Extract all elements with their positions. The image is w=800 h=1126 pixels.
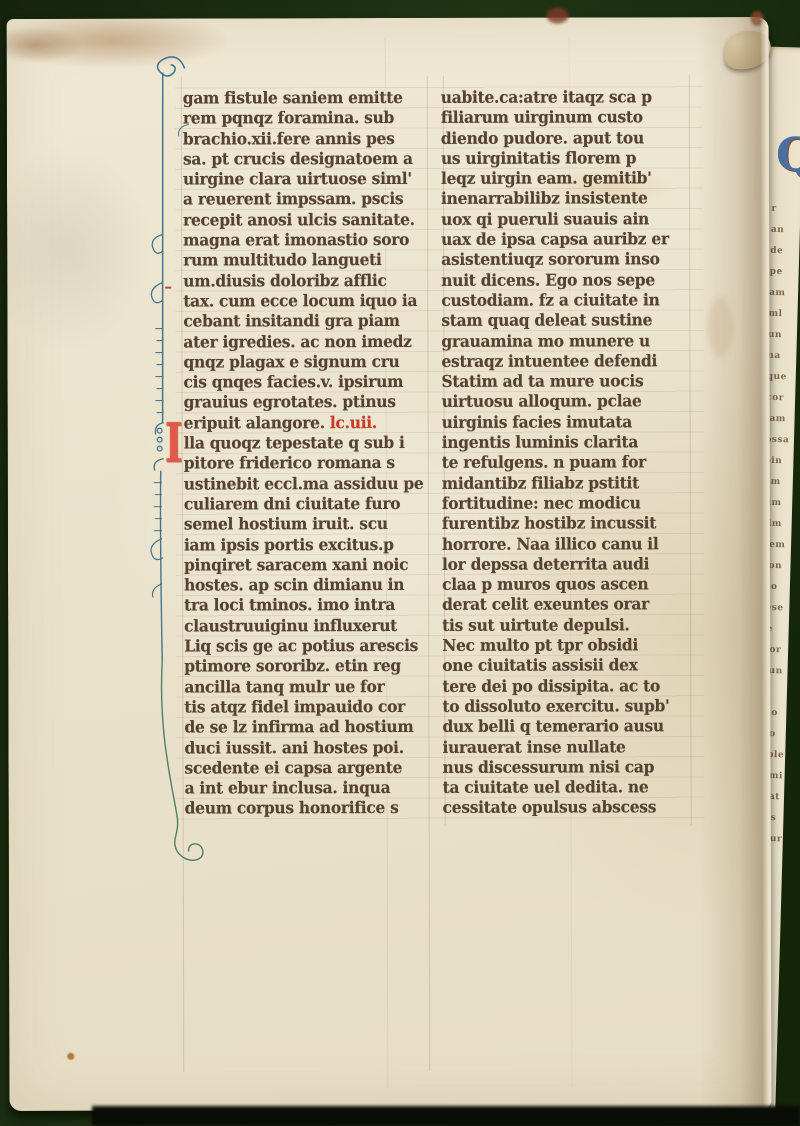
text-line: Liq scis ge ac potius arescis <box>184 636 424 657</box>
stain <box>547 8 569 24</box>
text-line: iam ipsis portis excitus.p <box>184 534 424 555</box>
page-corner-curl <box>725 31 771 69</box>
rubric-label: lc.uii. <box>330 413 377 432</box>
text-line: ta ciuitate uel dedita. ne <box>443 777 671 798</box>
text-line: derat celit exeuntes orar <box>442 595 670 616</box>
drop-cap-initial: I <box>165 418 183 468</box>
text-line: asistentiuqz sororum inso <box>441 250 669 271</box>
text-line: brachio.xii.fere annis pes <box>183 129 423 150</box>
text-line: filiarum uirginum custo <box>441 108 669 129</box>
text-line: ingentis luminis clarita <box>442 432 670 453</box>
text-line: tra loci tminos. imo intra <box>184 595 424 616</box>
text-line: cebant insitandi gra piam <box>183 311 423 332</box>
text-line: a reuerent impssam. pscis <box>183 189 423 210</box>
text-line: de se lz infirma ad hostium <box>184 717 424 738</box>
text-line: qnqz plagax e signum cru <box>183 352 423 373</box>
manuscript-photo: Q randepeammlunnaquecorlampssapindmfimri… <box>0 0 800 1126</box>
stain <box>751 11 764 26</box>
text-line: pitore friderico romana s <box>184 453 424 474</box>
text-line: tere dei po dissipita. ac to <box>442 676 670 697</box>
text-line: tis sut uirtute depulsi. <box>442 615 670 636</box>
text-line: uabite.ca:atre itaqz sca p <box>441 87 669 108</box>
text-line: to dissoluto exercitu. supb' <box>442 696 670 717</box>
right-column: uabite.ca:atre itaqz sca pfiliarum uirgi… <box>441 87 683 818</box>
text-line: stam quaq deleat sustine <box>441 311 669 332</box>
text-line: cis qnqes facies.v. ipsirum <box>183 372 423 393</box>
text-line: inenarrabilibz insistente <box>441 189 669 210</box>
text-line: custodiam. fz a ciuitate in <box>441 290 669 311</box>
text-line: uirginis facies imutata <box>442 412 670 433</box>
text-line: ancilla tanq mulr ue for <box>184 677 424 698</box>
left-column: gam fistule saniem emitterem pqnqz foram… <box>183 88 437 819</box>
text-line: Nec multo pt tpr obsidi <box>442 635 670 656</box>
text-line: Statim ad ta mure uocis <box>441 371 669 392</box>
text-line: nuit dicens. Ego nos sepe <box>441 270 669 291</box>
text-line: one ciuitatis assisii dex <box>442 656 670 677</box>
text-line: claa p muros quos ascen <box>442 574 670 595</box>
text-line: deum corpus honorifice s <box>185 798 425 819</box>
text-line: fortitudine: nec modicu <box>442 493 670 514</box>
stain <box>67 1053 74 1060</box>
text-line: a int ebur inclusa. inqua <box>185 778 425 799</box>
text-line: rum multitudo langueti <box>183 250 423 271</box>
page-shadow <box>92 1106 800 1126</box>
text-line: magna erat imonastio soro <box>183 230 423 251</box>
text-line: uax de ipsa capsa auribz er <box>441 229 669 250</box>
text-line: furentibz hostibz incussit <box>442 513 670 534</box>
text-line: diendo pudore. aput tou <box>441 128 669 149</box>
text-line: sa. pt crucis designatoem a <box>183 149 423 170</box>
ruling-vertical <box>689 75 692 825</box>
text-line: lor depssa deterrita audi <box>442 554 670 575</box>
text-line: pinqiret saracem xani noic <box>184 555 424 576</box>
text-line: estraqz intuentee defendi <box>441 351 669 372</box>
text-line: uirtuosu alloqum. pclae <box>442 392 670 413</box>
text-line: hostes. ap scin dimianu in <box>184 575 424 596</box>
text-line: culiarem dni ciuitate furo <box>184 494 424 515</box>
text-line: recepit anosi ulcis sanitate. <box>183 210 423 231</box>
text-line: cessitate opulsus abscess <box>443 798 671 819</box>
text-line: lla quoqz tepestate q sub i <box>184 433 424 454</box>
text-line: ater igredies. ac non imedz <box>183 331 423 352</box>
text-line: claustruuiginu influxerut <box>184 616 424 637</box>
text-line: tax. cum ecce locum iquo ia <box>183 291 423 312</box>
adjacent-initial-q: Q <box>775 127 800 182</box>
text-line: nus discessurum nisi cap <box>443 757 671 778</box>
text-line: uirgine clara uirtuose siml' <box>183 169 423 190</box>
stain <box>707 297 733 357</box>
text-line: ptimore sororibz. etin reg <box>184 656 424 677</box>
text-line: uox qi pueruli suauis ain <box>441 209 669 230</box>
text-line: horrore. Naa illico canu il <box>442 534 670 555</box>
manuscript-page: I gam fistule saniem emitterem pqnqz for… <box>7 17 772 1111</box>
text-line: tis atqz fidel impauido cor <box>184 697 424 718</box>
text-line: grauamina mo munere u <box>441 331 669 352</box>
text-line: ustinebit eccl.ma assiduu pe <box>184 474 424 495</box>
text-line: scedente ei capsa argente <box>185 758 425 779</box>
text-line: duci iussit. ani hostes poi. <box>184 737 424 758</box>
text-line: grauius egrotates. ptinus <box>184 392 424 413</box>
text-line: um.diusis doloribz afflic <box>183 271 423 292</box>
text-line: gam fistule saniem emitte <box>183 88 423 109</box>
text-line: semel hostium iruit. scu <box>184 514 424 535</box>
text-line: iurauerat inse nullate <box>442 737 670 758</box>
text-line: midantibz filiabz pstitit <box>442 473 670 494</box>
text-line: us uirginitatis florem p <box>441 148 669 169</box>
text-line: leqz uirgin eam. gemitib' <box>441 168 669 189</box>
text-line: eripuit alangore. lc.uii. <box>184 413 424 434</box>
text-line: te refulgens. n puam for <box>442 453 670 474</box>
text-line: rem pqnqz foramina. sub <box>183 108 423 129</box>
text-line: dux belli q temerario ausu <box>442 716 670 737</box>
